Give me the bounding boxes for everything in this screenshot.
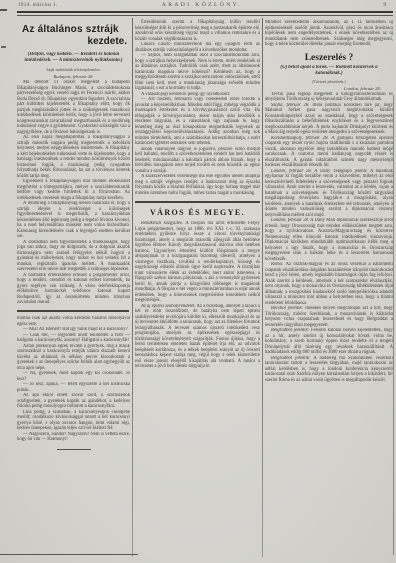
feuilleton-paragraph: Aztán jótékonyan égtek tovább a gyertyák… — [17, 344, 130, 372]
column-left: Az általános sztrájk kezdete. (Hétfőn, v… — [17, 18, 130, 557]
article-paragraph: Értesüléseink szerint a főkapitányság kü… — [135, 20, 260, 42]
section-title-city-county: VÁROS ÉS MEGYE. — [135, 208, 260, 217]
wire-item: Tevfik pasa tegnap megjelent a külügymin… — [265, 92, 393, 103]
column-center: Értesüléseink szerint a főkapitányság kü… — [135, 18, 260, 557]
wire-item-text: Tevfik pasa tegnap megjelent a külügymin… — [265, 92, 393, 103]
wire-item: London, február 28. A Daily Telegraph je… — [265, 169, 393, 219]
news-item-lead: Rendkívüli közgyűlés. — [141, 221, 183, 226]
feuilleton-paragraph: — Jó lesz, apuka, — felelt egyszerre a k… — [17, 382, 130, 393]
news-item-lead: Az uj építési szabályrendelet. — [141, 304, 196, 309]
article-paragraph: annak valamilyen nagyon is jogszerű, pén… — [135, 147, 260, 175]
column-right: Mindkét kereskedelmi alkalmazandó, az I.… — [265, 18, 393, 557]
article-byline: Saját tudósítónk telefonjelentése. — [17, 67, 130, 72]
feuilleton-paragraph: Az apa ekkor emelt szóval szólt, a szoms… — [17, 393, 130, 410]
masthead-page-number: 9 — [296, 3, 392, 8]
wire-item: Bécsből jelentik: Illetékes helyen megcá… — [265, 306, 393, 328]
article-paragraph: A szakszervezetek vezetősége ma este egy… — [135, 174, 260, 196]
scan-artifact-bottom-line — [0, 554, 138, 555]
article-paragraph: Lukács László miniszterelnök ma egy ujsá… — [135, 42, 260, 53]
masthead-rule — [17, 11, 393, 16]
column-rule-right — [262, 18, 263, 557]
article-subtitle: (Hétfőn, vagy kedden. — Rendőri és katon… — [22, 52, 125, 64]
column-rule-left — [132, 18, 133, 557]
masthead-title: ARADI KÖZLÖNY. — [108, 2, 296, 8]
news-item-text: A főispán ma arról értesítette Ferjey La… — [135, 221, 260, 303]
scan-artifact-margin-dash-2 — [1, 46, 6, 48]
feuilleton-paragraph: — Nagyszerű, Sándor! Nagyszerű! Nem is v… — [17, 432, 130, 443]
news-item: Az uj építési szabályrendelet. Az a bizo… — [135, 304, 260, 370]
wire-dateline: London, február 28. — [265, 86, 381, 91]
article-paragraph: — Sajnos, nem szolgáltattak okot a szoci… — [135, 53, 260, 92]
wire-item: Róma: Az osztrák-magyar és az orosz vezé… — [265, 262, 393, 306]
news-item: Rendkívüli közgyűlés. A főispán ma arról… — [135, 221, 260, 304]
wire-item-text: A Daily Telegraph jelenti: A hatalmak eg… — [265, 169, 393, 218]
article-headline-line2: kezdete. — [17, 36, 127, 47]
wire-item: Belgrádból jelentik: Felsőbb katonai hel… — [265, 328, 393, 356]
wire-item: Konstantinápoly, február 28. A gallipoli… — [265, 136, 393, 169]
wire-item-dateline: London, február 28. — [271, 169, 312, 174]
wire-item: Szófia, február 28. Itteni politikai kör… — [265, 103, 393, 136]
columns: Az általános sztrájk kezdete. (Hétfőn, v… — [17, 18, 393, 557]
feuilleton-paragraph: Lina pedig, a szobában, a karácsonyestjü… — [17, 410, 130, 432]
article-headline-line1: Az általános sztrájk — [22, 24, 130, 35]
continued-paragraph: Mindkét kereskedelmi alkalmazandó, az I.… — [265, 20, 393, 48]
wire-item-text: Az osztrák-magyar és az orosz vezérkar a… — [265, 262, 393, 306]
feuilleton-divider-rule — [17, 310, 129, 313]
article-paragraph: Az első napra megállapították a főkapitá… — [17, 135, 130, 179]
section-rule — [135, 201, 260, 203]
scan-artifact-page-edge — [393, 95, 394, 555]
wire-item-dateline: Belgrádból jelentik: — [271, 356, 311, 361]
feuilleton-paragraph: — Csak mit, — legyintett unott tekintett… — [17, 333, 130, 344]
wire-items: Tevfik pasa tegnap megjelent a külügymin… — [265, 92, 393, 384]
article-dateline: Budapest, február 28. — [17, 74, 130, 79]
wire-item: Belgrádból jelentik: A hadsereg ma Szalo… — [265, 356, 393, 384]
article-paragraph: Egyébként a főkapitányságon már minden e… — [17, 179, 130, 201]
article-body: Ma délelőtt 11 órakor megjelent a budape… — [17, 80, 130, 306]
wire-item-text: Itteni politikai körökben híre jár, hogy… — [265, 103, 393, 136]
article-paragraph: Ma délelőtt 11 órakor megjelent a budape… — [17, 80, 130, 135]
city-county-items: Rendkívüli közgyűlés. A főispán ma arról… — [135, 221, 260, 370]
article-paragraph: — Azt hiszem, februárra vagy csendesebb … — [135, 97, 260, 147]
feuilleton-paragraph: — Na, gyerekek, most kaptok egy kis csok… — [17, 371, 130, 382]
wire-item-dateline: Konstantinápoly, február 28. — [271, 136, 329, 141]
feuilleton-body: — Ahá! Az Istenért! Hát így tűnik majd e… — [17, 327, 130, 443]
news-item-text: Az a bizottság, amelyet a tanács a két é… — [135, 304, 260, 370]
scan-artifact-margin-dash — [0, 9, 7, 11]
disarmament-subtitle: (Uj békét ajánl a török. — Romlott konze… — [271, 65, 387, 77]
feuilleton-intro-paragraph: mintha csak azt akarta volna kérdezni bá… — [17, 316, 130, 327]
article-paragraph: A harmadik értekezleten értesült a polgá… — [17, 273, 130, 306]
wire-item-dateline: Bécsből jelentik: — [271, 306, 303, 311]
wire-item-dateline: London, február 28. — [271, 218, 309, 223]
masthead: 1914. március 1. ARADI KÖZLÖNY. 9 — [18, 2, 392, 8]
newspaper-page: 1914. március 1. ARADI KÖZLÖNY. 9 Az ált… — [0, 0, 396, 563]
masthead-date: 1914. március 1. — [18, 3, 108, 8]
wire-item-dateline: Róma: — [271, 262, 284, 267]
article-paragraph: A szabadban nem figyelmeztetik a munkáss… — [17, 240, 130, 273]
disarmament-headline: Leszerelés ? — [265, 53, 393, 63]
article-end-rule — [57, 449, 91, 450]
wire-item-text: A Daily Mail diplomáciai szerkesztője ar… — [265, 218, 393, 262]
wire-note: (Távirati jelentések.) — [265, 79, 393, 84]
strike-article-continued: Értesüléseink szerint a főkapitányság kü… — [135, 20, 260, 196]
wire-item-dateline: Szófia, február 28. — [271, 103, 309, 108]
article-paragraph: A rendőrség a főkapitányság ülésén határ… — [17, 201, 130, 240]
wire-item: London, február 28. A Daily Mail diplomá… — [265, 218, 393, 262]
wire-item-dateline: Belgrádból jelentik: — [271, 328, 309, 333]
wire-item-text: A gallipoli félszigeten operáló csapatok… — [265, 136, 393, 169]
